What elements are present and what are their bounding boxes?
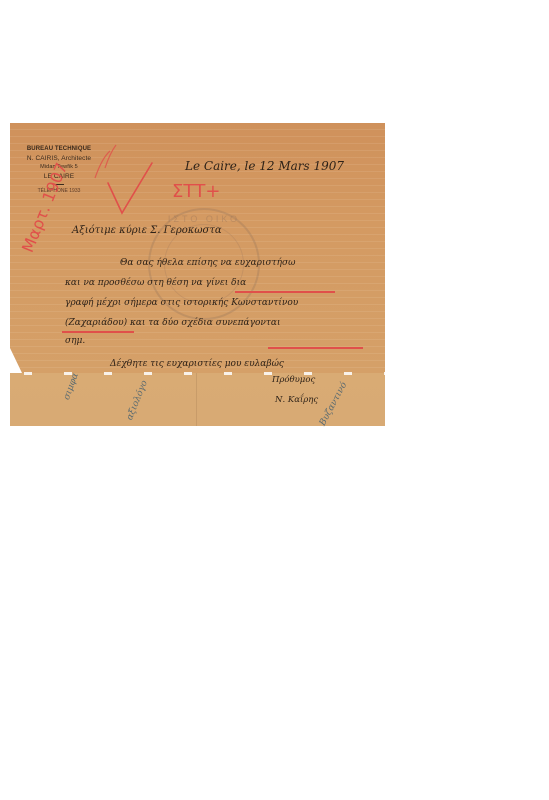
red-checkmark-icon [10,123,385,426]
scanned-letter: ΙΣΤΟ ΟΙΚΟ BUREAU TECHNIQUE N. CAIRIS, Ar… [10,123,385,426]
